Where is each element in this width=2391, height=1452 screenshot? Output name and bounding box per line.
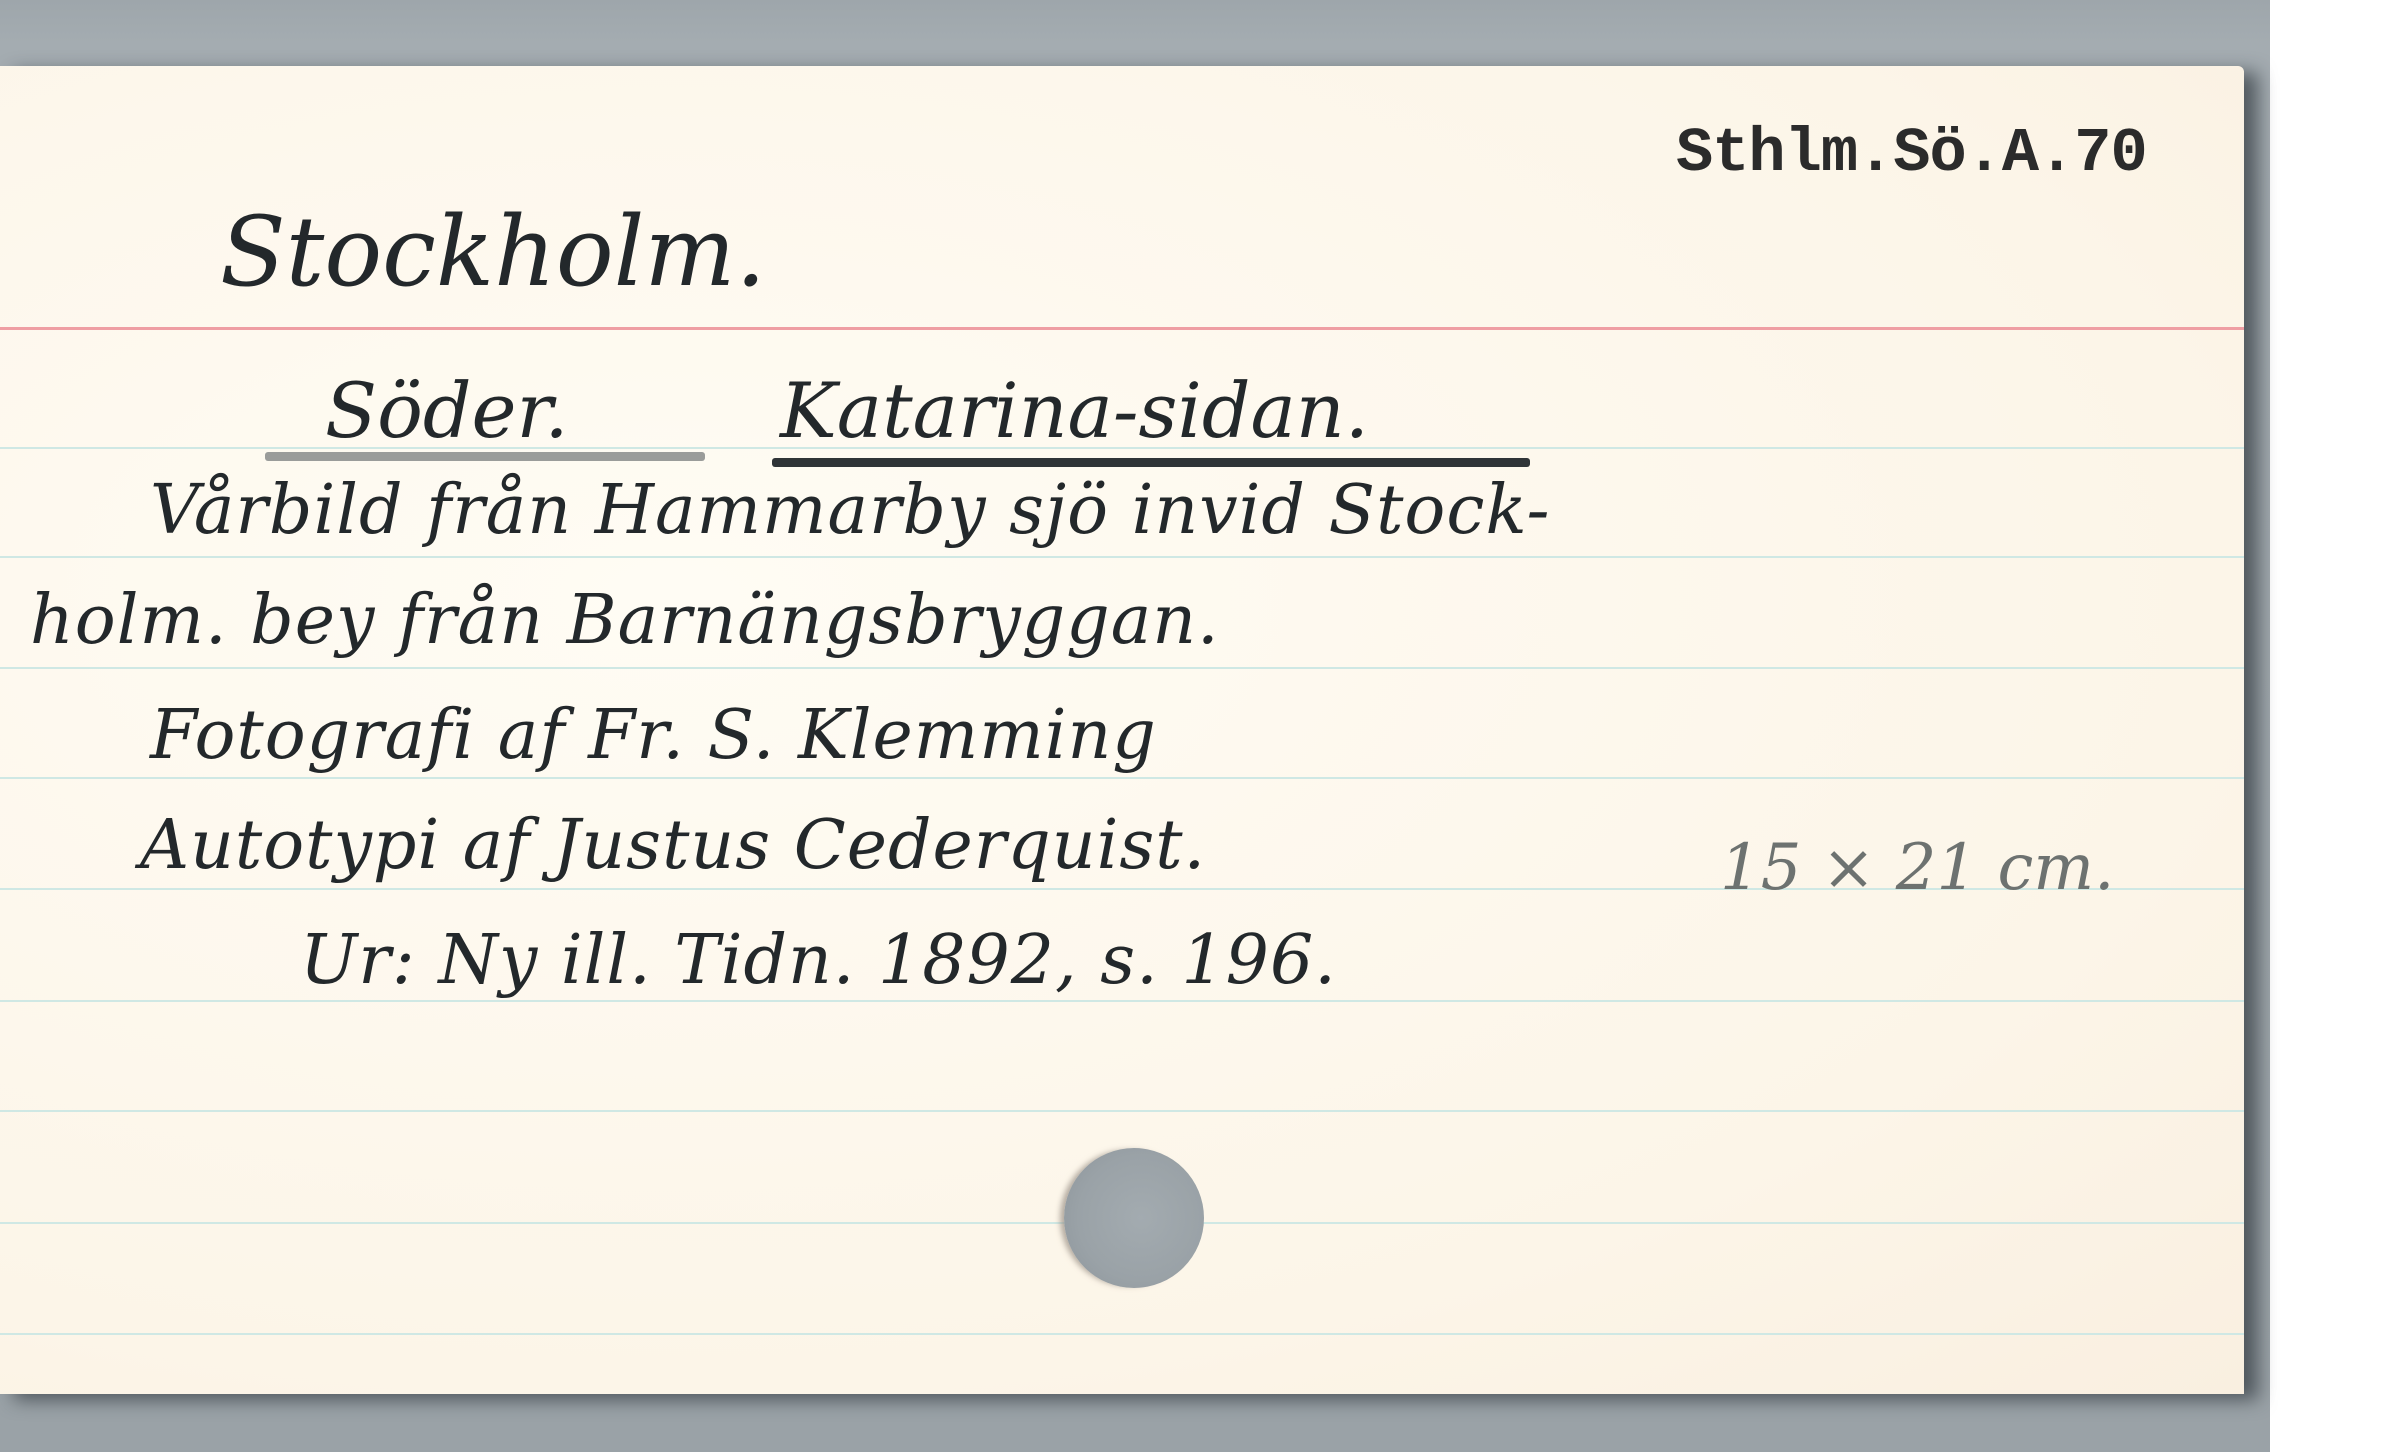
punch-hole — [1064, 1148, 1204, 1288]
blue-rule — [0, 1000, 2244, 1002]
red-header-rule — [0, 327, 2244, 330]
dimensions-note: 15 × 21 cm. — [1720, 831, 2114, 905]
catalog-card: Sthlm.Sö.A.70 Stockholm. Söder. Katarina… — [0, 66, 2244, 1394]
autotype-line: Autotypi af Justus Cederquist. — [140, 806, 1206, 885]
blue-rule — [0, 667, 2244, 669]
card-heading: Stockholm. — [220, 196, 766, 308]
source-line: Ur: Ny ill. Tidn. 1892, s. 196. — [300, 921, 1337, 1000]
description-line-2: holm. bey från Barnängsbryggan. — [30, 581, 1220, 660]
blue-rule — [0, 777, 2244, 779]
photographer-line: Fotografi af Fr. S. Klemming — [150, 696, 1157, 775]
description-line-1: Vårbild från Hammarby sjö invid Stock- — [150, 471, 1550, 550]
blue-rule — [0, 556, 2244, 558]
district-label: Söder. — [325, 366, 569, 455]
blue-rule — [0, 1110, 2244, 1112]
blue-rule — [0, 1333, 2244, 1335]
district-underline — [265, 452, 705, 461]
area-underline — [772, 458, 1530, 467]
call-number: Sthlm.Sö.A.70 — [1676, 118, 2147, 189]
area-label: Katarina-sidan. — [780, 366, 1369, 455]
